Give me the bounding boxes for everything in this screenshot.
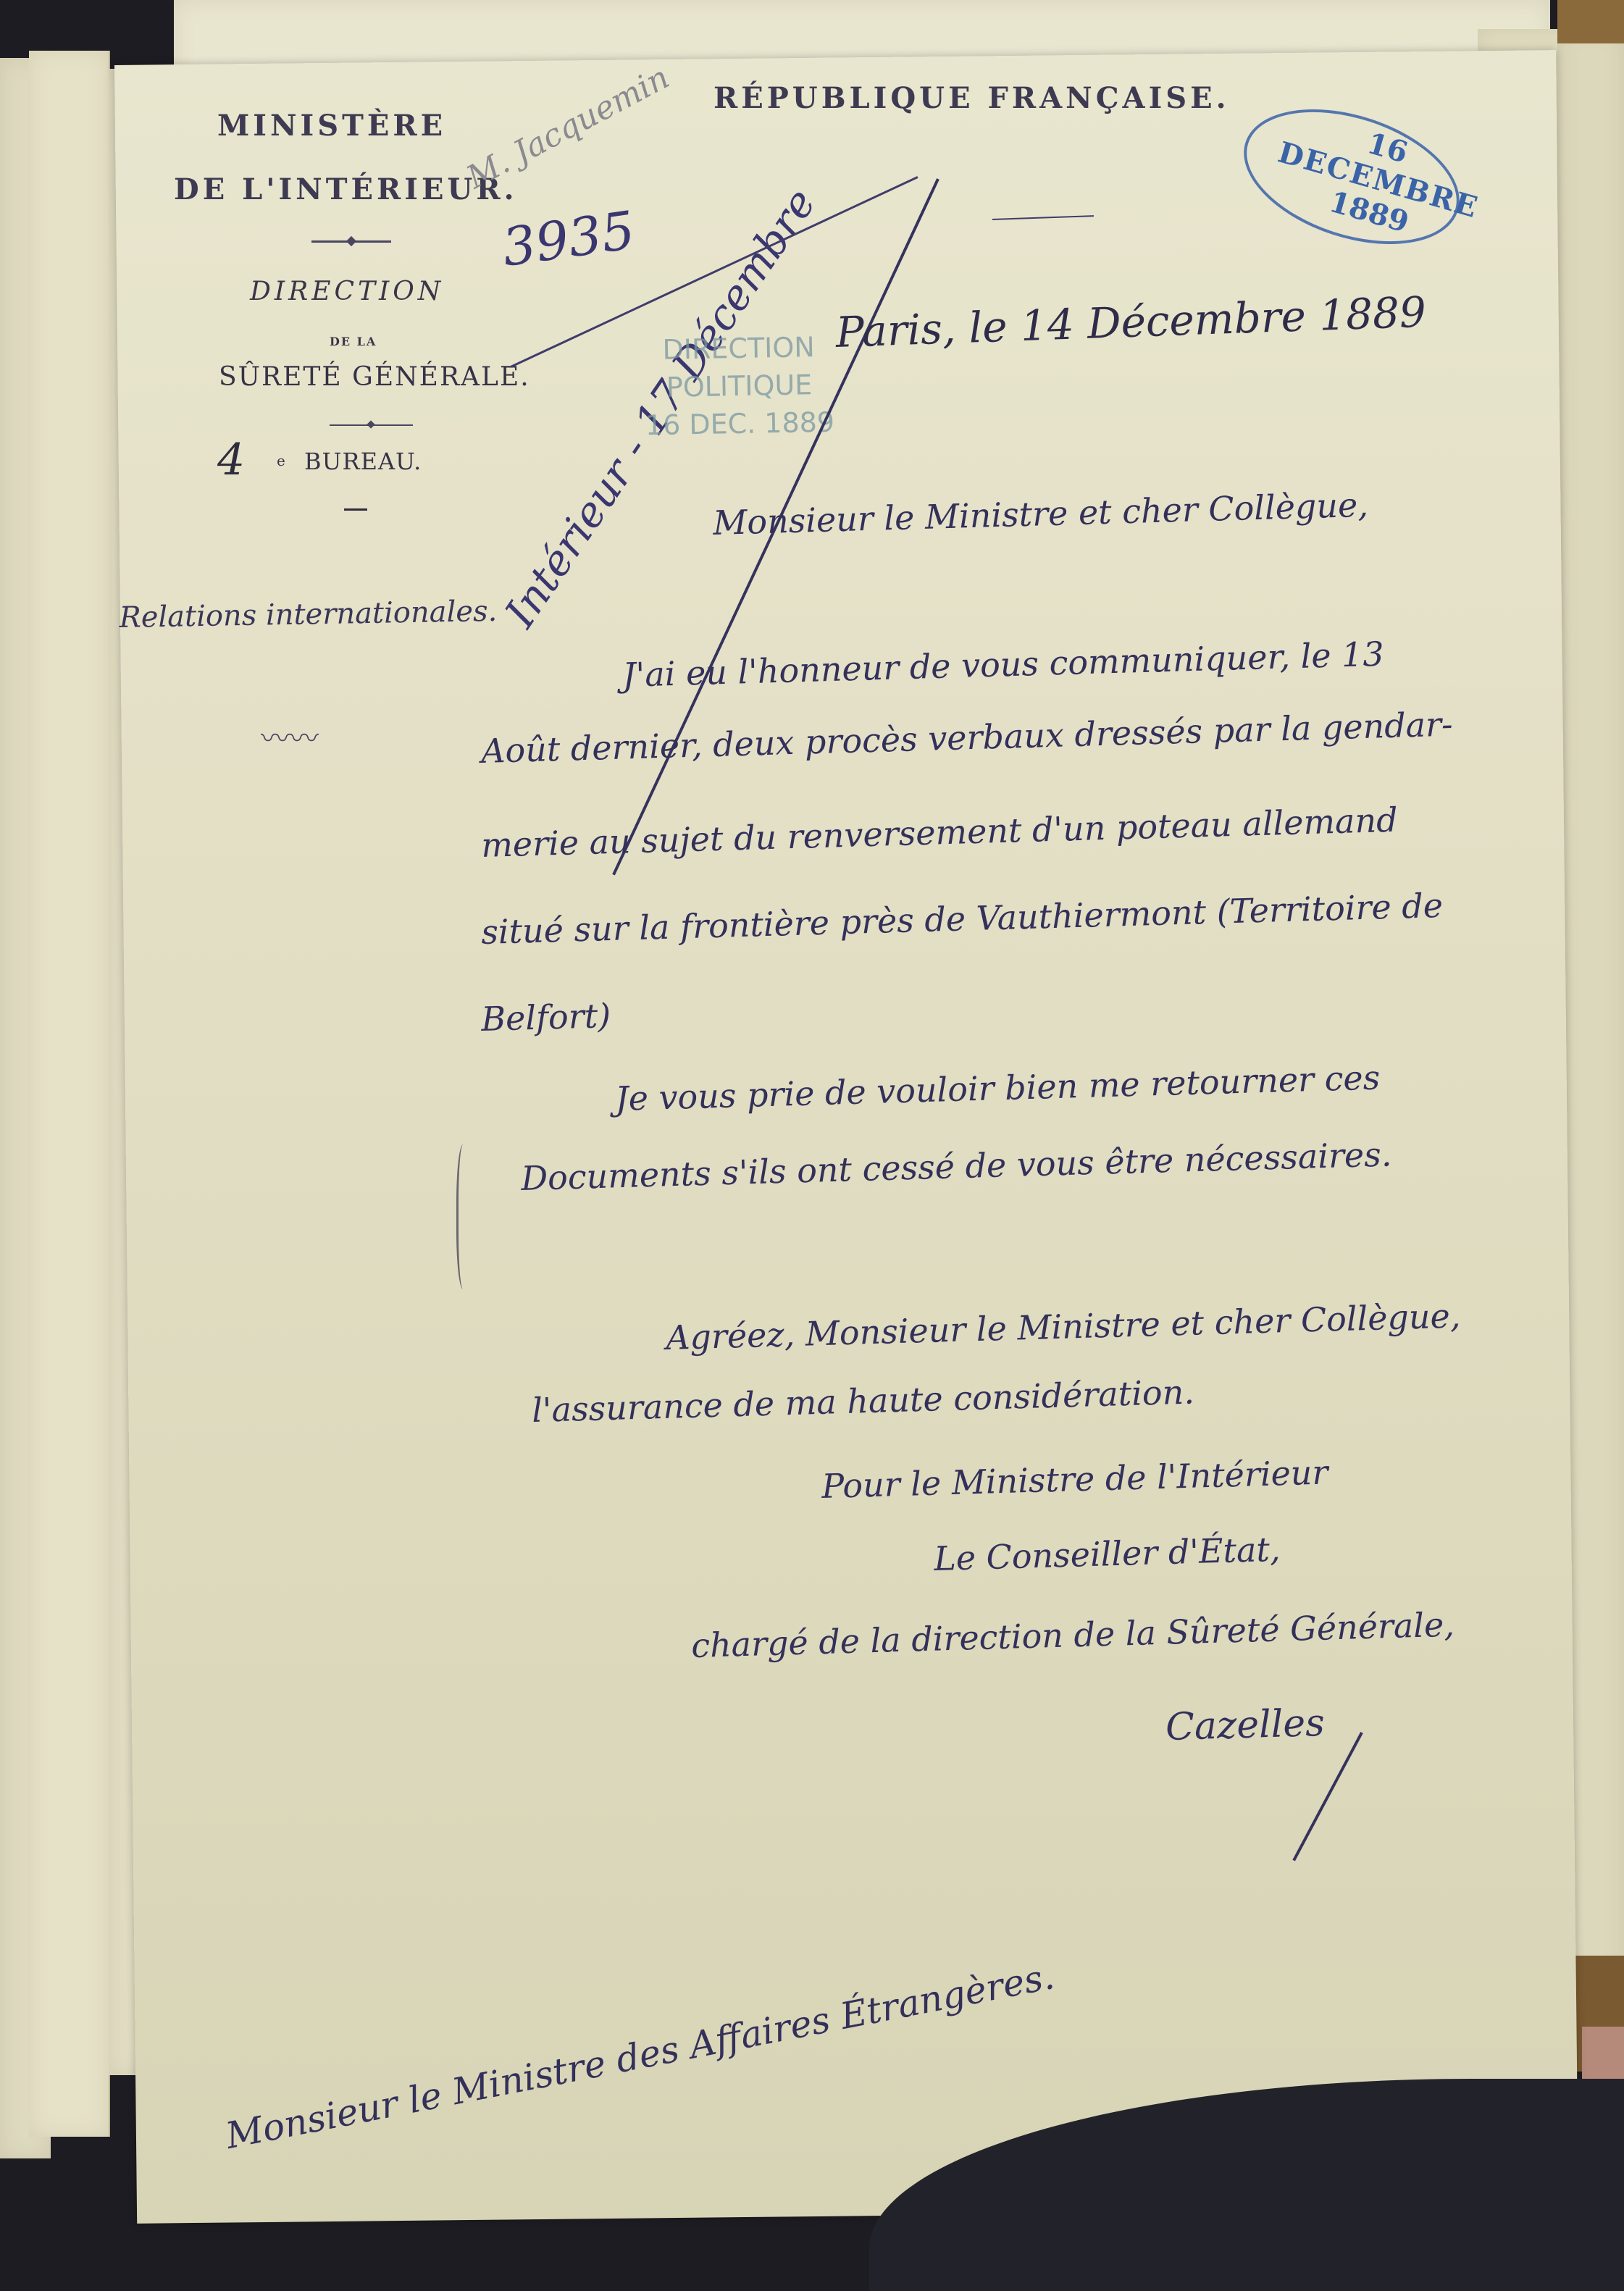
faint-stamp-line: DIRECTION	[644, 328, 834, 369]
faint-stamp-line: 16 DEC. 1889	[645, 403, 834, 445]
letterhead-de-la: DE LA	[330, 335, 377, 348]
margin-subject: Relations internationales.	[119, 595, 497, 634]
bureau-suffix: e	[277, 452, 285, 469]
letterhead-surete: SÛRETÉ GÉNÉRALE.	[219, 362, 530, 392]
pencil-bracket	[456, 1144, 473, 1289]
pink-folder-tab	[1582, 2027, 1624, 2086]
bureau-number: 4	[217, 435, 245, 485]
background-sheet	[29, 51, 110, 2137]
letterhead-ministry: MINISTÈRE	[217, 109, 446, 143]
letterhead-interior: DE L'INTÉRIEUR.	[174, 172, 518, 206]
faint-stamp-line: POLITIQUE	[645, 366, 834, 407]
signature: Cazelles	[1165, 1701, 1325, 1749]
body-line: Belfort)	[480, 996, 611, 1039]
bureau-label: BUREAU.	[304, 448, 422, 475]
wood-edge	[1557, 0, 1624, 43]
squiggle-flourish: 〰〰	[261, 716, 319, 757]
letterhead-direction: DIRECTION	[250, 277, 444, 306]
divider-dash	[344, 508, 367, 511]
faint-stamp: DIRECTION POLITIQUE 16 DEC. 1889	[644, 328, 835, 445]
letterhead-republic: RÉPUBLIQUE FRANÇAISE.	[713, 81, 1230, 115]
